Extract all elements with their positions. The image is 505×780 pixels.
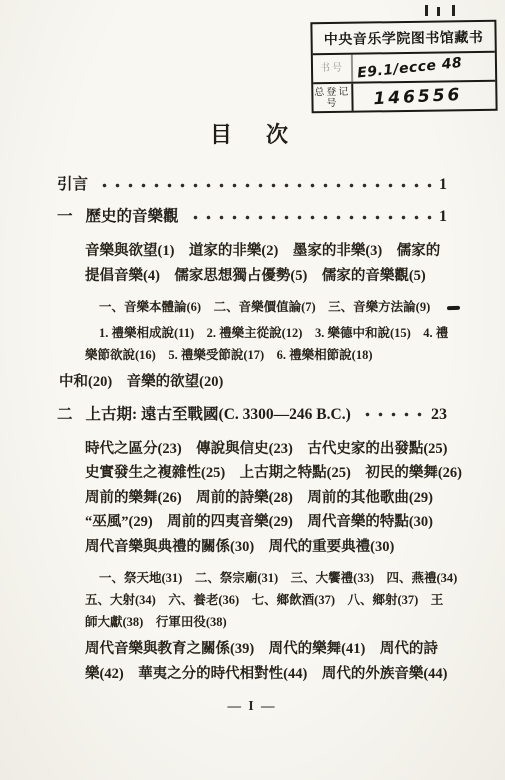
toc-entry-title: 上古期: 遠古至戰國(C. 3300—246 B.C.): [86, 405, 351, 425]
scan-artifact-tick: [437, 7, 440, 16]
toc-entry-number: 二: [57, 405, 73, 425]
toc-entry-page: 1: [439, 207, 447, 227]
toc-entry-page: 23: [431, 405, 447, 425]
toc-content: 目 次 引言1一歷史的音樂觀1音樂與欲望(1) 道家的非樂(2) 墨家的非樂(3…: [57, 118, 447, 714]
toc-paragraph: 一、音樂本體論(6) 二、音樂價值論(7) 三、音樂方法論(9): [85, 296, 447, 318]
toc-line: 1. 禮樂相成說(11) 2. 禮樂主從說(12) 3. 樂德中和說(15) 4…: [85, 322, 447, 344]
toc-line: 提倡音樂(4) 儒家思想獨占優勢(5) 儒家的音樂觀(5): [85, 264, 447, 289]
accession-number-label: 总登记号: [313, 84, 353, 112]
toc-line: 史實發生之複雜性(25) 上古期之特點(25) 初民的樂舞(26): [85, 461, 447, 486]
toc-paragraph: 一、祭天地(31) 二、祭宗廟(31) 三、大饗禮(33) 四、燕禮(34)五、…: [85, 567, 447, 633]
toc-line: 音樂與欲望(1) 道家的非樂(2) 墨家的非樂(3) 儒家的: [85, 239, 447, 264]
toc-line: 樂(42) 華夷之分的時代相對性(44) 周代的外族音樂(44): [85, 662, 447, 687]
call-number-label: 书号: [313, 55, 353, 83]
scanned-book-page: 中央音乐学院图书馆藏书 书号 E9.1/ecce 48 总登记号 146556 …: [0, 0, 505, 780]
toc-entry: 一歷史的音樂觀1: [57, 207, 447, 227]
toc-paragraph: 中和(20) 音樂的欲望(20): [59, 370, 447, 395]
toc-line: 師大獻(38) 行軍田役(38): [85, 611, 447, 633]
page-number-footer: — I —: [57, 698, 447, 714]
toc-entry: 二上古期: 遠古至戰國(C. 3300—246 B.C.)23: [57, 405, 447, 425]
toc-paragraph: 時代之區分(23) 傳說與信史(23) 古代史家的出發點(25)史實發生之複雜性…: [85, 437, 447, 560]
page-title: 目 次: [57, 118, 447, 149]
toc-entry-title: 引言: [57, 175, 88, 195]
toc-line: 中和(20) 音樂的欲望(20): [59, 370, 447, 395]
scan-artifact-tick: [425, 5, 428, 16]
accession-number-value: 146556: [353, 79, 496, 113]
scan-artifact-dash: [447, 306, 460, 310]
toc-line: 一、祭天地(31) 二、祭宗廟(31) 三、大饗禮(33) 四、燕禮(34): [85, 567, 447, 589]
toc-line: 周代音樂與教育之關係(39) 周代的樂舞(41) 周代的詩: [85, 637, 447, 662]
toc-paragraph: 1. 禮樂相成說(11) 2. 禮樂主從說(12) 3. 樂德中和說(15) 4…: [85, 322, 447, 366]
toc-paragraph: 周代音樂與教育之關係(39) 周代的樂舞(41) 周代的詩樂(42) 華夷之分的…: [85, 637, 447, 686]
toc-line: 周前的樂舞(26) 周前的詩樂(28) 周前的其他歌曲(29): [85, 486, 447, 511]
toc-entry-page: 1: [439, 175, 447, 195]
stamp-row-accession-number: 总登记号 146556: [313, 82, 495, 112]
toc-line: 樂節欲說(16) 5. 禮樂受節說(17) 6. 禮樂相節說(18): [85, 344, 447, 366]
toc: 引言1一歷史的音樂觀1音樂與欲望(1) 道家的非樂(2) 墨家的非樂(3) 儒家…: [57, 175, 447, 686]
toc-line: 時代之區分(23) 傳說與信史(23) 古代史家的出發點(25): [85, 437, 447, 462]
library-stamp: 中央音乐学院图书馆藏书 书号 E9.1/ecce 48 总登记号 146556: [310, 20, 497, 114]
toc-paragraph: 音樂與欲望(1) 道家的非樂(2) 墨家的非樂(3) 儒家的提倡音樂(4) 儒家…: [85, 239, 447, 288]
toc-entry-title: 歷史的音樂觀: [86, 207, 179, 227]
dot-leader: [187, 210, 434, 225]
toc-entry: 引言1: [57, 175, 447, 195]
toc-line: 周代音樂與典禮的關係(30) 周代的重要典禮(30): [85, 535, 447, 560]
toc-line: 五、大射(34) 六、養老(36) 七、鄉飲酒(37) 八、鄉射(37) 王: [85, 589, 447, 611]
dot-leader: [96, 178, 434, 193]
toc-entry-number: 一: [57, 207, 73, 227]
toc-line: 一、音樂本體論(6) 二、音樂價值論(7) 三、音樂方法論(9): [85, 296, 447, 318]
dot-leader: [359, 407, 426, 422]
toc-line: “巫風”(29) 周前的四夷音樂(29) 周代音樂的特點(30): [85, 510, 447, 535]
scan-artifact-tick: [452, 5, 455, 16]
